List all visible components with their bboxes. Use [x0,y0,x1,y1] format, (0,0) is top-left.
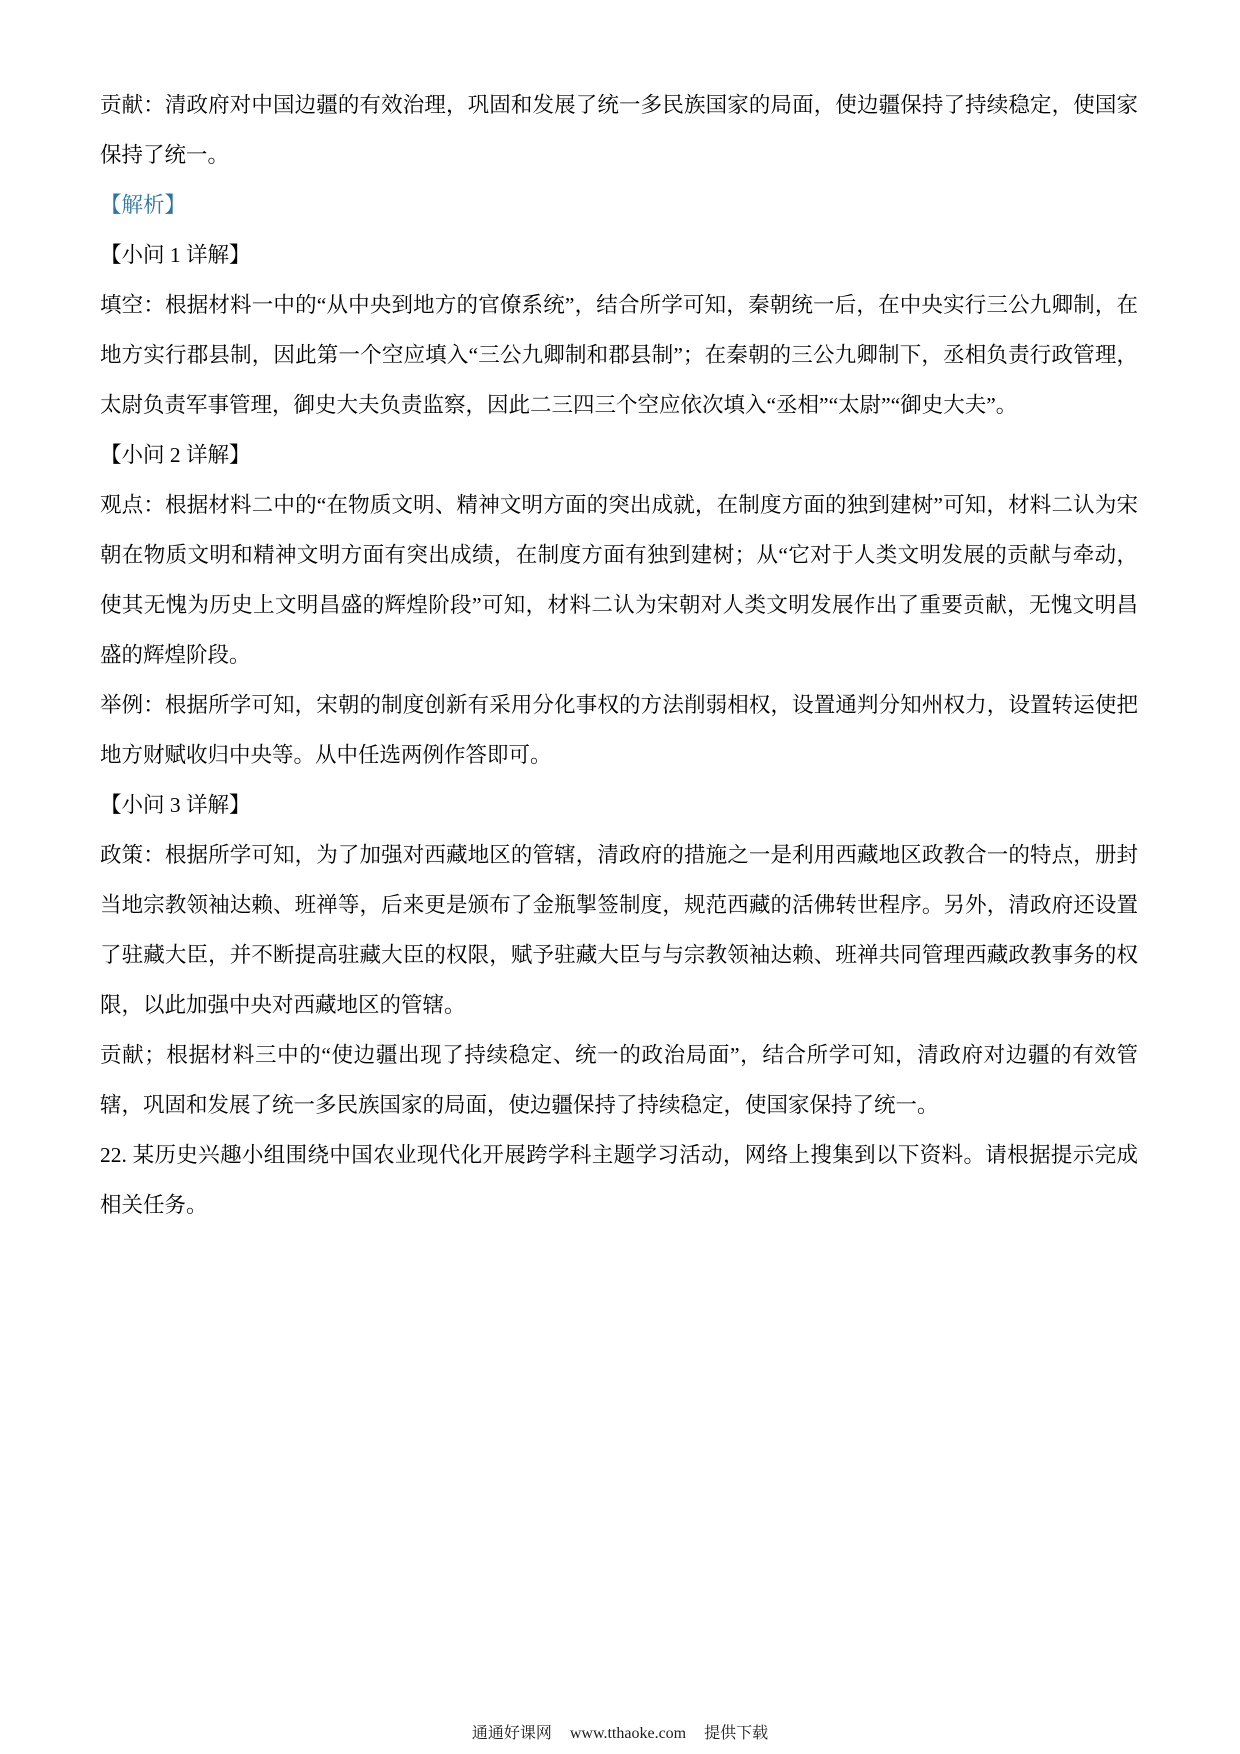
paragraph-contribution-summary: 贡献：清政府对中国边疆的有效治理，巩固和发展了统一多民族国家的局面，使边疆保持了… [100,80,1138,180]
paragraph-subquestion-3-policy: 政策：根据所学可知，为了加强对西藏地区的管辖，清政府的措施之一是利用西藏地区政教… [100,830,1138,1030]
footer-site-name: 通通好课网 [472,1725,552,1742]
heading-subquestion-3: 【小问 3 详解】 [100,780,1138,830]
paragraph-subquestion-1-answer: 填空：根据材料一中的“从中央到地方的官僚系统”，结合所学可知，秦朝统一后，在中央… [100,280,1138,430]
paragraph-subquestion-3-contribution: 贡献；根据材料三中的“使边疆出现了持续稳定、统一的政治局面”，结合所学可知，清政… [100,1030,1138,1130]
heading-subquestion-1: 【小问 1 详解】 [100,230,1138,280]
page-footer: 通通好课网 www.tthaoke.com 提供下载 [0,1722,1240,1746]
paragraph-subquestion-2-examples: 举例：根据所学可知，宋朝的制度创新有采用分化事权的方法削弱相权，设置通判分知州权… [100,680,1138,780]
document-page: 贡献：清政府对中国边疆的有效治理，巩固和发展了统一多民族国家的局面，使边疆保持了… [0,0,1240,1754]
footer-download-suffix: 提供下载 [704,1725,768,1742]
heading-subquestion-2: 【小问 2 详解】 [100,430,1138,480]
footer-url: www.tthaoke.com [570,1725,686,1742]
paragraph-question-22-intro: 22. 某历史兴趣小组围绕中国农业现代化开展跨学科主题学习活动，网络上搜集到以下… [100,1130,1138,1230]
paragraph-subquestion-2-viewpoint: 观点：根据材料二中的“在物质文明、精神文明方面的突出成就，在制度方面的独到建树”… [100,480,1138,680]
heading-analysis: 【解析】 [100,180,1138,230]
document-content: 贡献：清政府对中国边疆的有效治理，巩固和发展了统一多民族国家的局面，使边疆保持了… [100,80,1138,1230]
